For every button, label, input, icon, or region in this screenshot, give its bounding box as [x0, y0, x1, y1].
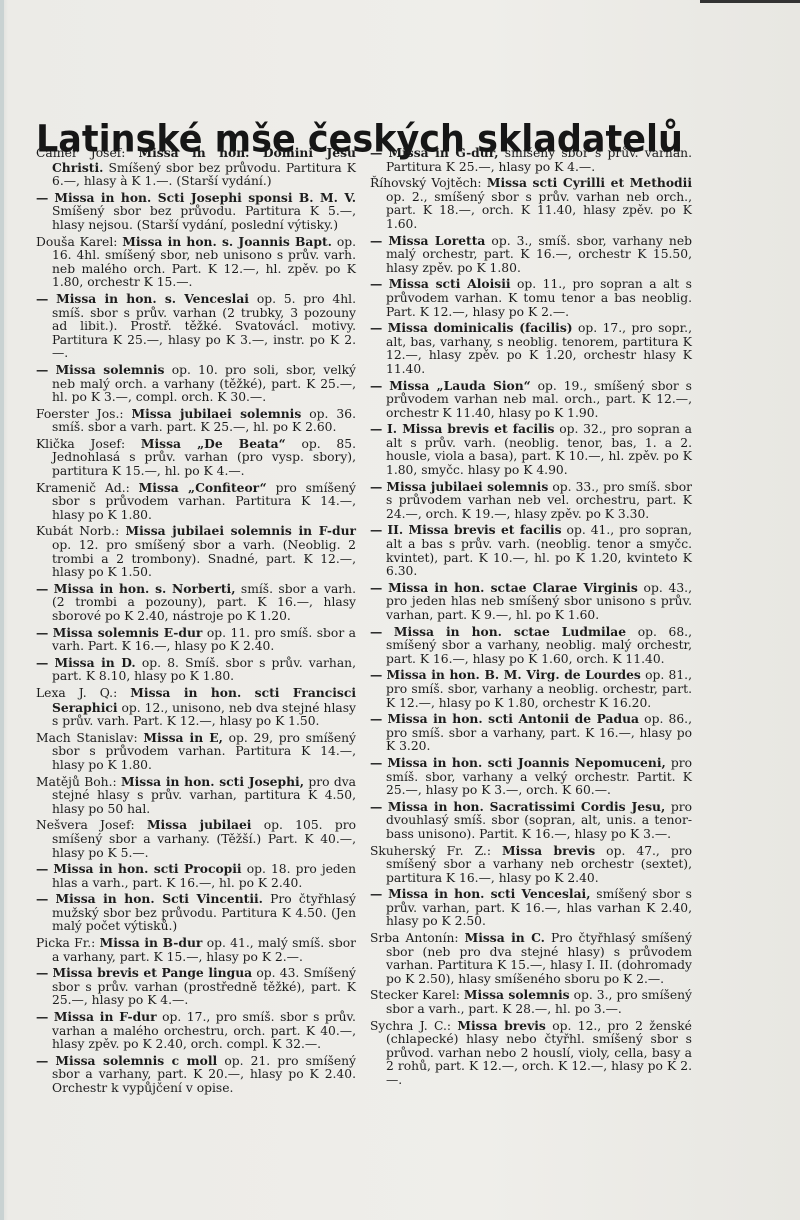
same-composer-dash: — — [370, 378, 382, 393]
catalogue-entry: — Missa brevis et Pange lingua op. 43. S… — [36, 966, 356, 1008]
edition-details: op. 12. pro smíšený sbor a varh. (Neobli… — [52, 538, 356, 579]
mass-title: Missa in F-dur — [54, 1009, 157, 1024]
mass-title: Missa brevis — [457, 1018, 545, 1033]
same-composer-dash: — — [370, 276, 382, 291]
same-composer-dash: — — [370, 667, 382, 682]
composer-name: Kubát Norb.: — [36, 524, 119, 538]
composer-name: Matějů Boh.: — [36, 775, 117, 789]
composer-name: Kramenič Ad.: — [36, 481, 130, 495]
composer-name: Lexa J. Q.: — [36, 686, 117, 700]
catalogue-entry: — Missa in hon. scti Venceslai, smíšený … — [370, 887, 692, 929]
mass-title: Missa in hon. scti Venceslai, — [388, 886, 590, 901]
same-composer-dash: — — [370, 145, 382, 160]
composer-name: Sychra J. C.: — [370, 1019, 451, 1033]
catalogue-entry: — Missa in hon. B. M. Virg. de Lourdes o… — [370, 668, 692, 710]
mass-title: Missa in B-dur — [100, 935, 203, 950]
same-composer-dash: — — [36, 891, 48, 906]
catalogue-entry: Picka Fr.: Missa in B-dur op. 41., malý … — [36, 936, 356, 964]
mass-title: Missa solemnis — [56, 362, 165, 377]
mass-title: Missa in hon. sctae Ludmilae — [394, 624, 626, 639]
mass-title: Missa in E, — [143, 730, 223, 745]
mass-title: Missa „De Beata“ — [141, 436, 286, 451]
mass-title: Missa in hon. scti Procopii — [53, 861, 241, 876]
catalogue-entry: Sychra J. C.: Missa brevis op. 12., pro … — [370, 1019, 692, 1088]
catalogue-entry: Douša Karel: Missa in hon. s. Joannis Ba… — [36, 235, 356, 290]
catalogue-entry: — Missa in hon. s. Venceslai op. 5. pro … — [36, 292, 356, 361]
composer-name: Douša Karel: — [36, 235, 117, 249]
document-page: Latinské mše českých skladatelů Cainer J… — [0, 0, 800, 1220]
mass-title: Missa in hon. sctae Clarae Virginis — [388, 580, 638, 595]
mass-title: Missa jubilaei solemnis — [132, 406, 302, 421]
mass-title: Missa in hon. s. Joannis Bapt. — [122, 234, 332, 249]
composer-name: Říhovský Vojtěch: — [370, 176, 482, 190]
same-composer-dash: — — [370, 624, 382, 639]
mass-title: I. Missa brevis et facilis — [387, 421, 554, 436]
catalogue-entry: — Missa in G-dur, smíšený sbor s prův. v… — [370, 146, 692, 174]
composer-name: Stecker Karel: — [370, 988, 460, 1002]
mass-title: Missa in hon. Scti Josephi sponsi B. M. … — [54, 190, 356, 205]
same-composer-dash: — — [36, 362, 48, 377]
same-composer-dash: — — [370, 580, 382, 595]
same-composer-dash: — — [370, 886, 382, 901]
mass-title: Missa in hon. scti Josephi, — [121, 774, 304, 789]
same-composer-dash: — — [36, 965, 48, 980]
catalogue-entry: Mach Stanislav: Missa in E, op. 29, pro … — [36, 731, 356, 773]
mass-title: Missa brevis — [502, 843, 595, 858]
catalogue-entry: — Missa „Lauda Sion“ op. 19., smíšený sb… — [370, 379, 692, 421]
catalogue-entry: Kubát Norb.: Missa jubilaei solemnis in … — [36, 524, 356, 579]
composer-name: Klička Josef: — [36, 437, 125, 451]
mass-title: Missa in G-dur, — [389, 145, 499, 160]
catalogue-entry: Matějů Boh.: Missa in hon. scti Josephi,… — [36, 775, 356, 817]
catalogue-entry: — Missa in hon. Scti Josephi sponsi B. M… — [36, 191, 356, 233]
mass-title: Missa scti Cyrilli et Methodii — [487, 175, 692, 190]
catalogue-entry: — Missa in F-dur op. 17., pro smíš. sbor… — [36, 1010, 356, 1052]
catalogue-column-left: Cainer Josef: Missa in hon. Domini Jesu … — [36, 146, 356, 1098]
catalogue-entry: Stecker Karel: Missa solemnis op. 3., pr… — [370, 988, 692, 1016]
mass-title: Missa in hon. scti Joannis Nepomuceni, — [387, 755, 665, 770]
mass-title: Missa solemnis — [464, 987, 570, 1002]
composer-name: Foerster Jos.: — [36, 407, 124, 421]
edition-details: Smíšený sbor bez průvodu. Partitura K 5.… — [52, 204, 356, 232]
mass-title: Missa in hon. Scti Vincentii. — [55, 891, 262, 906]
catalogue-entry: — Missa in hon. sctae Ludmilae op. 68., … — [370, 625, 692, 667]
scan-edge-top — [700, 0, 800, 3]
catalogue-entry: — Missa solemnis op. 10. pro soli, sbor,… — [36, 363, 356, 405]
mass-title: Missa in hon. s. Norberti, — [54, 581, 236, 596]
same-composer-dash: — — [36, 655, 48, 670]
catalogue-column-right: — Missa in G-dur, smíšený sbor s prův. v… — [370, 146, 692, 1090]
mass-title: Missa in hon. B. M. Virg. de Lourdes — [387, 667, 641, 682]
same-composer-dash: — — [36, 291, 48, 306]
same-composer-dash: — — [36, 861, 48, 876]
catalogue-entry: Kramenič Ad.: Missa „Confiteor“ pro smíš… — [36, 481, 356, 523]
composer-name: Skuherský Fr. Z.: — [370, 844, 491, 858]
scan-edge-left — [0, 0, 4, 1220]
mass-title: Missa dominicalis (facilis) — [388, 320, 573, 335]
mass-title: Missa jubilaei — [147, 817, 252, 832]
catalogue-entry: — Missa solemnis c moll op. 21. pro smíš… — [36, 1054, 356, 1096]
composer-name: Cainer Josef: — [36, 146, 125, 160]
catalogue-entry: — Missa in hon. sctae Clarae Virginis op… — [370, 581, 692, 623]
catalogue-entry: — Missa in hon. Scti Vincentii. Pro čtyř… — [36, 892, 356, 934]
same-composer-dash: — — [370, 711, 382, 726]
same-composer-dash: — — [36, 1009, 48, 1024]
mass-title: Missa „Lauda Sion“ — [389, 378, 531, 393]
same-composer-dash: — — [36, 190, 48, 205]
catalogue-entry: Cainer Josef: Missa in hon. Domini Jesu … — [36, 146, 356, 189]
same-composer-dash: — — [370, 522, 382, 537]
mass-title: Missa in hon. scti Antonii de Padua — [387, 711, 639, 726]
same-composer-dash: — — [370, 421, 382, 436]
catalogue-entry: Srba Antonín: Missa in C. Pro čtyřhlasý … — [370, 931, 692, 986]
catalogue-entry: — Missa in hon. s. Norberti, smíš. sbor … — [36, 582, 356, 624]
catalogue-entry: Skuherský Fr. Z.: Missa brevis op. 47., … — [370, 844, 692, 886]
mass-title: Missa in hon. Sacratissimi Cordis Jesu, — [388, 799, 665, 814]
mass-title: Missa solemnis E-dur — [53, 625, 203, 640]
composer-name: Srba Antonín: — [370, 931, 459, 945]
same-composer-dash: — — [370, 233, 382, 248]
mass-title: Missa in C. — [465, 930, 545, 945]
mass-title: Missa jubilaei solemnis — [386, 479, 548, 494]
mass-title: Missa solemnis c moll — [55, 1053, 217, 1068]
catalogue-entry: — Missa Loretta op. 3., smíš. sbor, varh… — [370, 234, 692, 276]
catalogue-entry: Nešvera Josef: Missa jubilaei op. 105. p… — [36, 818, 356, 860]
same-composer-dash: — — [36, 1053, 48, 1068]
catalogue-entry: — Missa scti Aloisii op. 11., pro sopran… — [370, 277, 692, 319]
mass-title: Missa in D. — [54, 655, 135, 670]
edition-details: op. 2., smíšený sbor s prův. varhan neb … — [386, 190, 692, 231]
catalogue-entry: — Missa solemnis E-dur op. 11. pro smíš.… — [36, 626, 356, 654]
catalogue-entry: — Missa in hon. scti Joannis Nepomuceni,… — [370, 756, 692, 798]
catalogue-entry: — Missa jubilaei solemnis op. 33., pro s… — [370, 480, 692, 522]
catalogue-entry: Klička Josef: Missa „De Beata“ op. 85. J… — [36, 437, 356, 479]
catalogue-entry: Foerster Jos.: Missa jubilaei solemnis o… — [36, 407, 356, 435]
catalogue-entry: — Missa dominicalis (facilis) op. 17., p… — [370, 321, 692, 376]
same-composer-dash: — — [370, 755, 382, 770]
mass-title: Missa brevis et Pange lingua — [53, 965, 253, 980]
mass-title: Missa scti Aloisii — [389, 276, 511, 291]
catalogue-entry: — Missa in hon. scti Antonii de Padua op… — [370, 712, 692, 754]
catalogue-entry: Říhovský Vojtěch: Missa scti Cyrilli et … — [370, 176, 692, 231]
mass-title: Missa Loretta — [388, 233, 485, 248]
composer-name: Picka Fr.: — [36, 936, 95, 950]
same-composer-dash: — — [36, 581, 48, 596]
mass-title: Missa in hon. s. Venceslai — [56, 291, 249, 306]
catalogue-entry: — II. Missa brevis et facilis op. 41., p… — [370, 523, 692, 578]
composer-name: Nešvera Josef: — [36, 818, 135, 832]
catalogue-entry: — Missa in D. op. 8. Smíš. sbor s prův. … — [36, 656, 356, 684]
mass-title: II. Missa brevis et facilis — [387, 522, 561, 537]
mass-title: Missa „Confiteor“ — [139, 480, 267, 495]
composer-name: Mach Stanislav: — [36, 731, 138, 745]
catalogue-entry: — Missa in hon. scti Procopii op. 18. pr… — [36, 862, 356, 890]
catalogue-entry: — Missa in hon. Sacratissimi Cordis Jesu… — [370, 800, 692, 842]
mass-title: Missa jubilaei solemnis in F-dur — [125, 523, 356, 538]
same-composer-dash: — — [370, 320, 382, 335]
edition-details: op. 41., malý smíš. sbor a varhany, part… — [52, 936, 356, 964]
same-composer-dash: — — [370, 799, 382, 814]
catalogue-entry: Lexa J. Q.: Missa in hon. scti Francisci… — [36, 686, 356, 729]
same-composer-dash: — — [36, 625, 48, 640]
catalogue-entry: — I. Missa brevis et facilis op. 32., pr… — [370, 422, 692, 477]
same-composer-dash: — — [370, 479, 382, 494]
